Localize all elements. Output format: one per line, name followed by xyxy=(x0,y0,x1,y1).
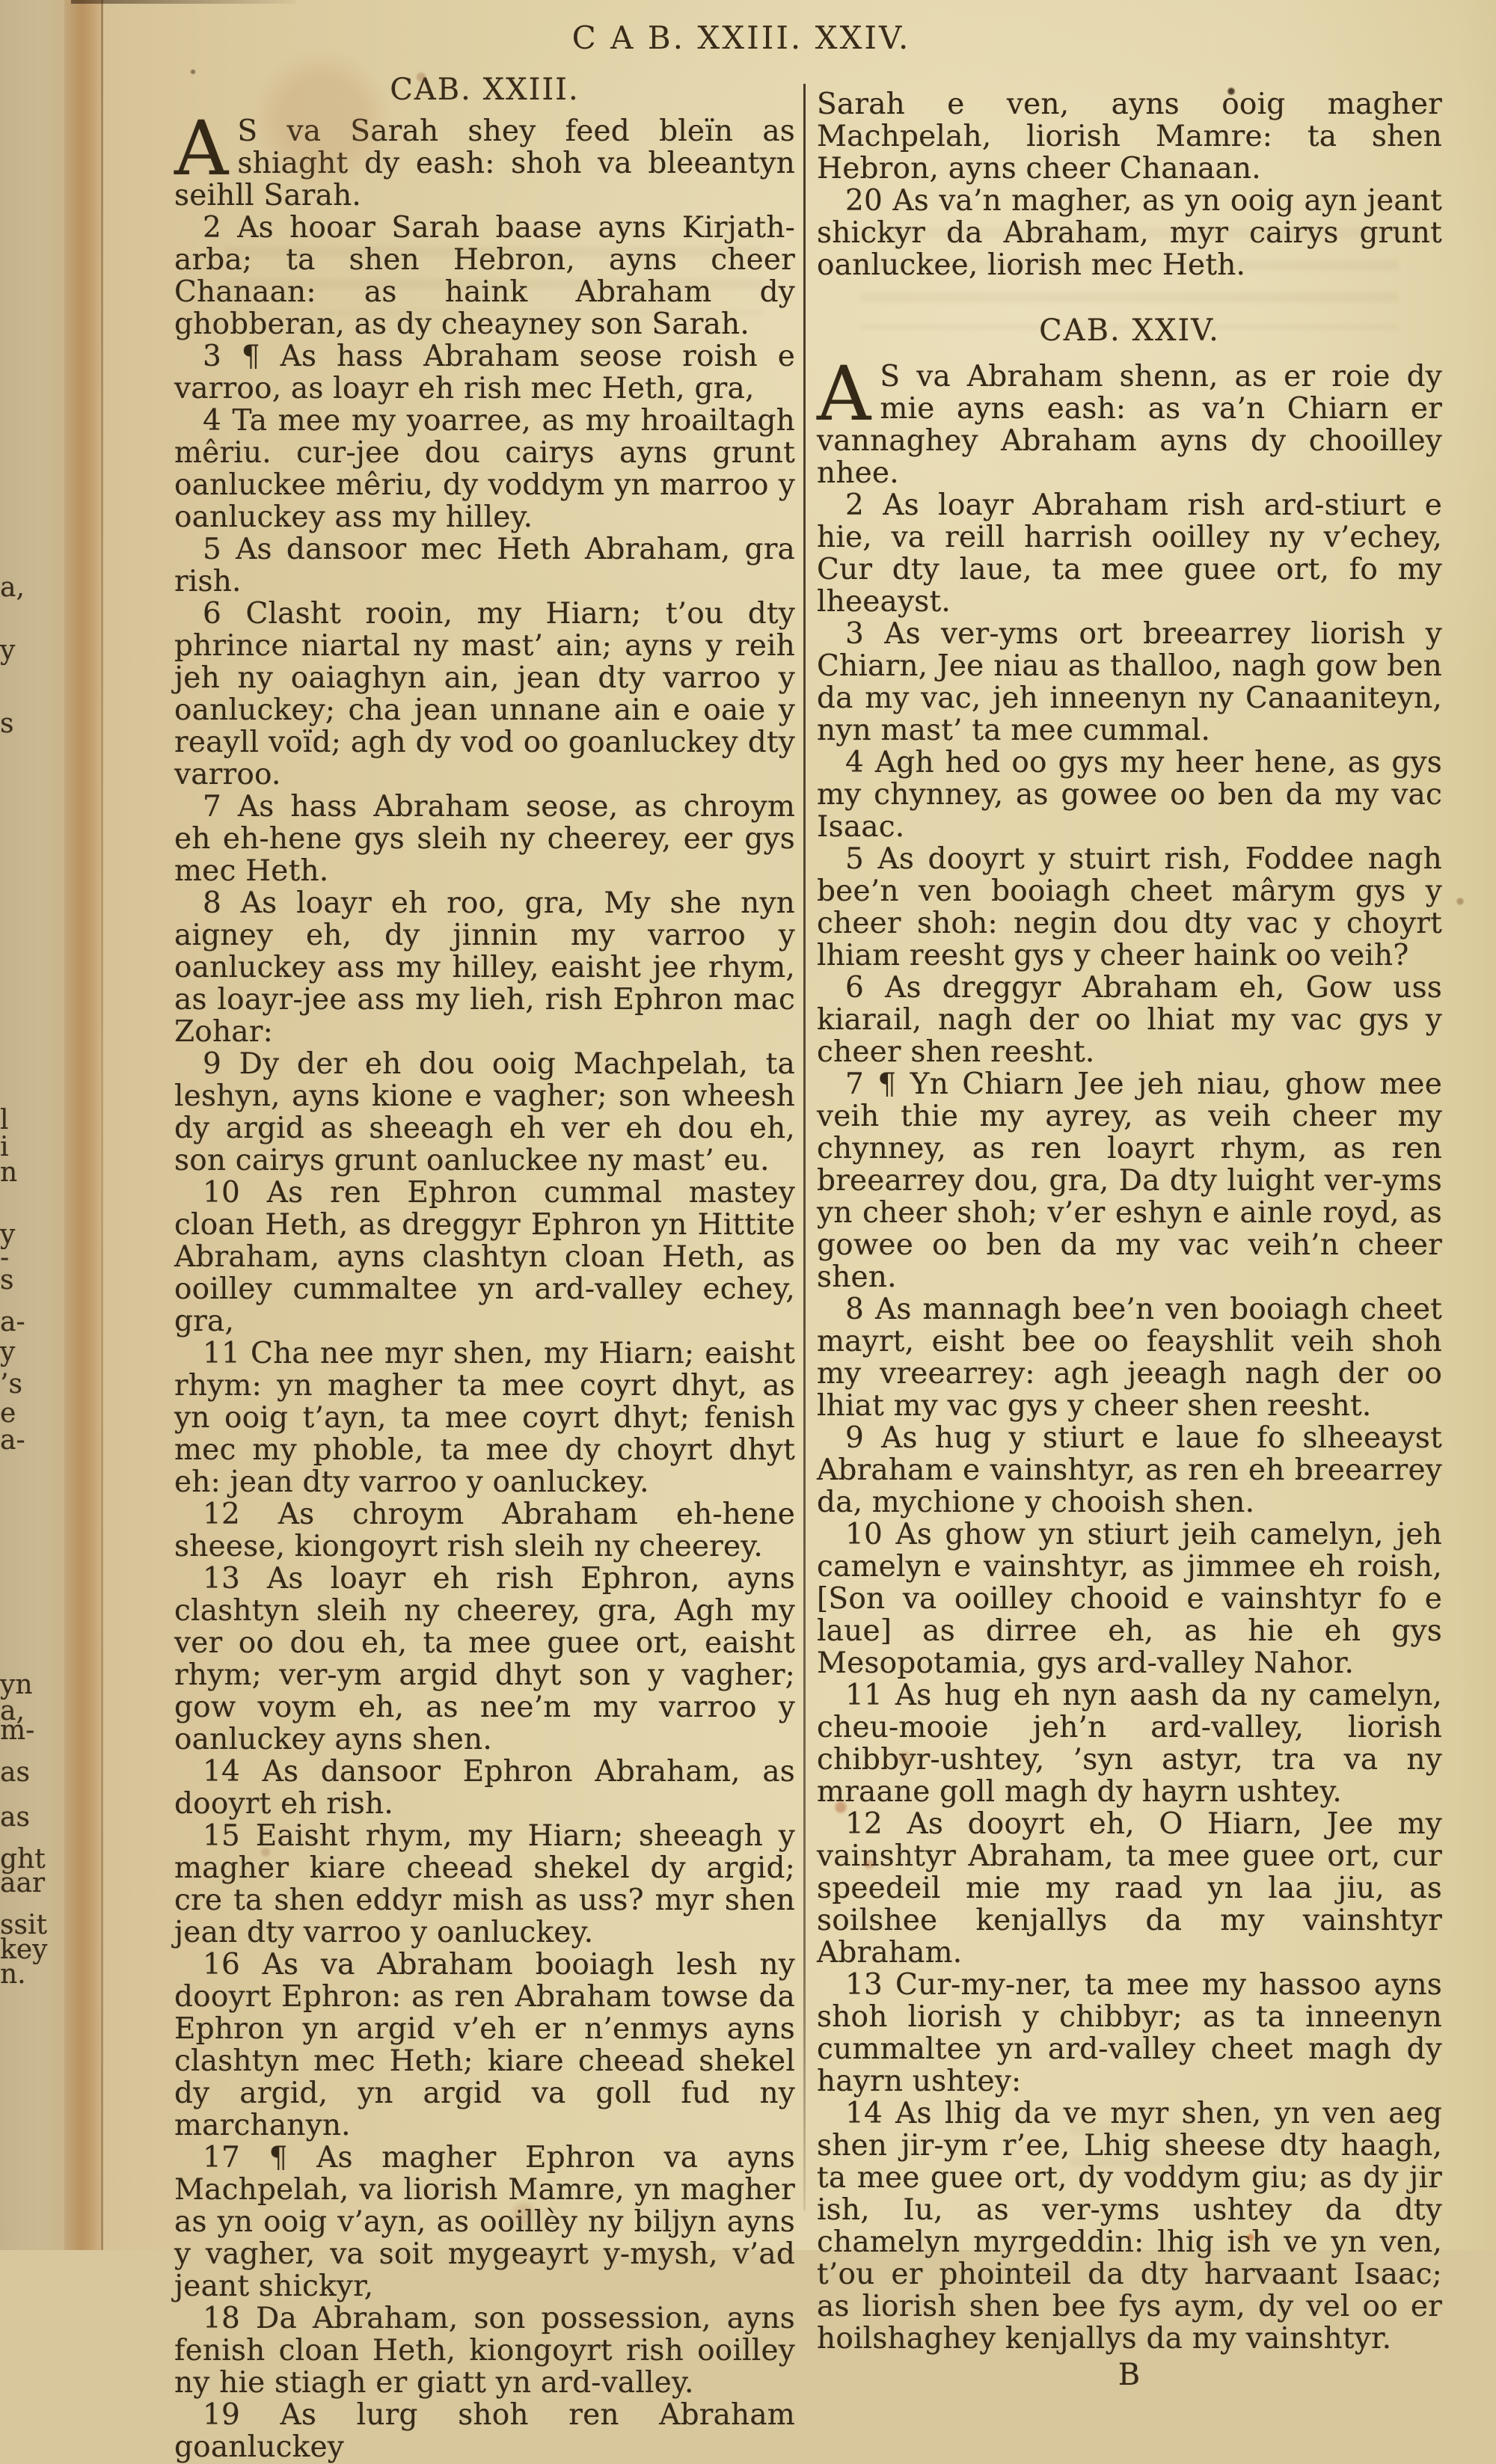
verse-paragraph: 9 Dy der eh dou ooig Machpelah, ta leshy… xyxy=(174,1048,795,1177)
cutoff-text-fragment: y xyxy=(0,637,15,664)
cutoff-text-fragment: s xyxy=(0,711,13,738)
cutoff-text-fragment: l xyxy=(0,1107,9,1134)
verse-paragraph: 7 As hass Abraham seose, as chroym eh eh… xyxy=(174,791,795,887)
right-column-verses: 2 As loayr Abraham rish ard-stiurt e hie… xyxy=(817,489,1442,2250)
drop-cap-initial: A xyxy=(174,115,237,177)
cutoff-text-fragment: as xyxy=(0,1759,30,1786)
verse-paragraph: 5 As dooyrt y stuirt rish, Foddee nagh b… xyxy=(817,843,1442,972)
right-column: Sarah e ven, ayns ooig magher Machpelah,… xyxy=(817,88,1442,2250)
verse-paragraph: AS va Sarah shey feed bleïn as shiaght d… xyxy=(174,115,795,212)
verse-paragraph: 14 As lhig da ve myr shen, yn ven aeg sh… xyxy=(817,2097,1442,2250)
cutoff-text-fragment: n. xyxy=(0,1961,26,1988)
verse-paragraph: 6 Clasht rooin, my Hiarn; t’ou dty phrin… xyxy=(174,598,795,791)
page-top-edge-shadow xyxy=(71,0,295,4)
verse-paragraph: 15 Eaisht rhym, my Hiarn; sheeagh y magh… xyxy=(174,1820,795,1949)
verse-paragraph: 16 As va Abraham booiagh lesh ny dooyrt … xyxy=(174,1949,795,2142)
column-divider-rule xyxy=(803,84,806,2210)
cutoff-text-fragment: e xyxy=(0,1400,16,1427)
verse-paragraph: 20 As va’n magher, as yn ooig ayn jeant … xyxy=(817,185,1442,281)
verse-paragraph: 5 As dansoor mec Heth Abraham, gra rish. xyxy=(174,533,795,598)
drop-cap-initial: A xyxy=(817,361,880,422)
verse-paragraph: 7 ¶ Yn Chiarn Jee jeh niau, ghow mee vei… xyxy=(817,1068,1442,1293)
cutoff-text-fragment: yn xyxy=(0,1672,33,1699)
book-page-scan: a, y s l i n y - s a- y ’s e a- yn xyxy=(0,0,1496,2250)
cutoff-text-fragment: y xyxy=(0,1339,15,1366)
cutoff-text-fragment: aar xyxy=(0,1870,45,1897)
chapter-heading-23: CAB. XXIII. xyxy=(174,72,795,108)
verse-paragraph: 4 Ta mee my yoarree, as my hroailtagh mê… xyxy=(174,405,795,533)
cutoff-text-fragment: s xyxy=(0,1267,13,1294)
cutoff-text-fragment: n xyxy=(0,1159,17,1186)
verse-paragraph: 3 ¶ As hass Abraham seose roish e varroo… xyxy=(174,340,795,405)
cutoff-text-fragment: ’s xyxy=(0,1371,22,1398)
verse-paragraph: 12 As chroym Abraham eh-hene sheese, kio… xyxy=(174,1498,795,1563)
verse-text: S va Sarah shey feed bleïn as shiaght dy… xyxy=(174,114,795,212)
left-column-verses: 2 As hooar Sarah baase ayns Kirjath-arba… xyxy=(174,212,795,2250)
verse-paragraph-continuation: Sarah e ven, ayns ooig magher Machpelah,… xyxy=(817,88,1442,185)
running-head: C A B. XXIII. XXIV. xyxy=(572,19,911,56)
verse-paragraph: 12 As dooyrt eh, O Hiarn, Jee my vainsht… xyxy=(817,1808,1442,1969)
verse-paragraph: 13 As loayr eh rish Ephron, ayns clashty… xyxy=(174,1563,795,1756)
gutter-crease-line xyxy=(101,0,103,2250)
verse-paragraph: 6 As dreggyr Abraham eh, Gow uss kiarail… xyxy=(817,972,1442,1068)
cutoff-text-fragment: m- xyxy=(0,1717,34,1744)
cutoff-text-fragment: a, xyxy=(0,574,25,601)
verse-paragraph: 13 Cur-my-ner, ta mee my hassoo ayns sho… xyxy=(817,1969,1442,2097)
verse-paragraph: 9 As hug y stiurt e laue fo slheeayst Ab… xyxy=(817,1422,1442,1518)
verse-paragraph: 10 As ren Ephron cummal mastey cloan Het… xyxy=(174,1177,795,1337)
verse-paragraph: 2 As hooar Sarah baase ayns Kirjath-arba… xyxy=(174,212,795,340)
verse-paragraph: 8 As mannagh bee’n ven booiagh cheet may… xyxy=(817,1293,1442,1422)
verse-paragraph: 11 Cha nee myr shen, my Hiarn; eaisht rh… xyxy=(174,1337,795,1498)
chapter-heading-24: CAB. XXIV. xyxy=(817,313,1442,349)
verse-paragraph: AS va Abraham shenn, as er roie dy mie a… xyxy=(817,361,1442,489)
cutoff-text-fragment: a- xyxy=(0,1309,25,1336)
gutter-crease xyxy=(64,0,103,2250)
verse-paragraph: 17 ¶ As magher Ephron va ayns Machpelah,… xyxy=(174,2142,795,2250)
verse-paragraph: 10 As ghow yn stiurt jeih camelyn, jeh c… xyxy=(817,1518,1442,1679)
verse-paragraph: 14 As dansoor Ephron Abraham, as dooyrt … xyxy=(174,1756,795,1820)
cutoff-text-fragment: a- xyxy=(0,1427,25,1454)
verse-paragraph: 2 As loayr Abraham rish ard-stiurt e hie… xyxy=(817,489,1442,618)
left-column: CAB. XXIII. AS va Sarah shey feed bleïn … xyxy=(174,72,795,2250)
verse-text: S va Abraham shenn, as er roie dy mie ay… xyxy=(817,360,1442,490)
verse-paragraph: 11 As hug eh nyn aash da ny camelyn, che… xyxy=(817,1679,1442,1808)
verse-paragraph: 4 Agh hed oo gys my heer hene, as gys my… xyxy=(817,747,1442,843)
verse-paragraph: 3 As ver-yms ort breearrey liorish y Chi… xyxy=(817,618,1442,747)
verse-paragraph: 8 As loayr eh roo, gra, My she nyn aigne… xyxy=(174,887,795,1048)
cutoff-text-fragment: as xyxy=(0,1804,30,1831)
